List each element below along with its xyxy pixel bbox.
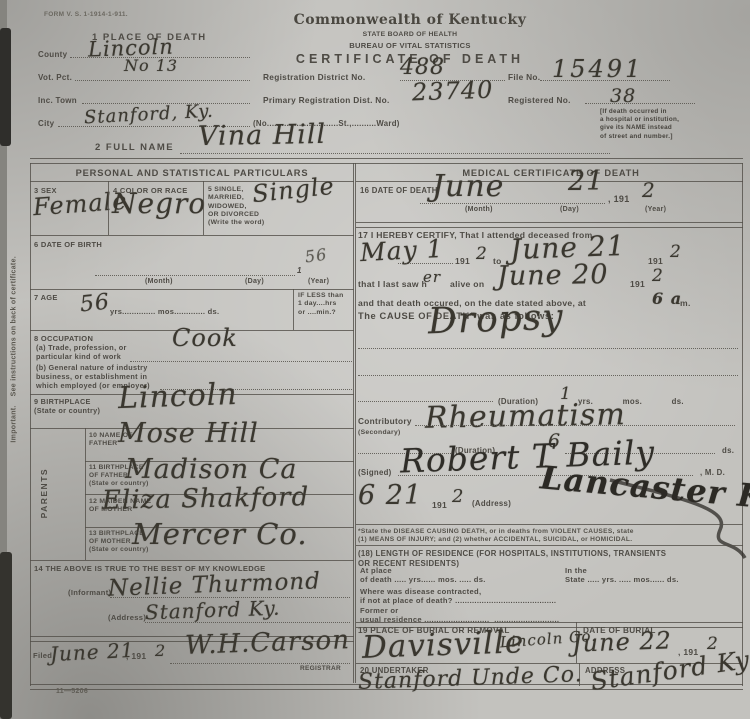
rule-age-sub — [293, 289, 294, 330]
registered-no-dots — [585, 102, 695, 104]
date-of-death-year-hand: 2 — [642, 180, 656, 200]
margin-note: Important. See instructions on back of c… — [11, 149, 20, 549]
vot-pct-value: No 13 — [124, 58, 178, 74]
signed-address-label: (Address) — [472, 499, 511, 509]
informant-address-label: (Address) — [108, 613, 146, 622]
certify-to-year-printed: 191 — [648, 256, 663, 266]
lastsaw-year-printed: 191 — [630, 279, 645, 289]
date-of-death-day: 21 — [568, 168, 604, 195]
dob-day-label: (Day) — [245, 278, 264, 287]
bureau-line: BUREAU OF VITAL STATISTICS — [240, 41, 580, 50]
occupation-a-dots — [130, 360, 352, 362]
rule-race-marital — [203, 181, 204, 235]
rule-dob-bottom — [30, 289, 354, 290]
full-name-dotted-line — [180, 152, 610, 154]
informant-address-value: Stanford Ky. — [145, 598, 281, 623]
city-label: City — [38, 119, 54, 129]
rule-medical-header — [356, 181, 743, 182]
father-birthplace-value: Madison Ca — [125, 456, 298, 483]
rule-top-divider — [30, 158, 743, 164]
informant-address-dots — [145, 621, 350, 623]
cause-dots-1 — [358, 347, 738, 349]
file-no-label: File No. — [508, 72, 540, 82]
file-no-value: 15491 — [552, 57, 643, 81]
secondary-label: (Secondary) — [358, 429, 401, 437]
violent-causes-footnote: *State the DISEASE CAUSING DEATH, or in … — [358, 528, 634, 544]
cause-value: Dropsy — [427, 300, 564, 341]
certify-from-year-hand: 2 — [476, 246, 488, 263]
binding-mark-bottom — [0, 552, 12, 719]
duration2-units: ds. — [722, 446, 734, 456]
age-value: 56 — [79, 291, 111, 316]
primary-registration-value: 23740 — [412, 78, 494, 105]
dod-day-label: (Day) — [560, 206, 579, 215]
father-name-value: Mose Hill — [118, 420, 259, 447]
dob-dotted-line — [95, 274, 295, 276]
residence-in-state: In the State ..... yrs. ..... mos...... … — [565, 566, 679, 585]
date-of-death-month: June — [432, 172, 504, 202]
registrar-dots — [170, 662, 350, 664]
occupation-value: Cook — [172, 326, 238, 350]
dob-year-printed: 1 — [297, 266, 302, 276]
inc-town-label: Inc. Town — [38, 96, 77, 106]
rule-footnote-bottom — [356, 545, 743, 546]
lastsaw-date: June 20 — [497, 261, 609, 290]
residence-contracted: Where was disease contracted, if not at … — [360, 587, 556, 606]
informant-label: (Informant) — [68, 588, 111, 597]
city-value: Stanford, Ky. — [84, 103, 215, 128]
primary-registration-label: Primary Registration Dist. No. — [263, 95, 390, 105]
date-of-death-label: 16 DATE OF DEATH — [360, 186, 438, 196]
residence-at-place: At place of death ..... yrs...... mos. .… — [360, 566, 486, 585]
filed-year-printed: , 191 — [126, 651, 146, 661]
rule-right-border — [742, 163, 743, 686]
medical-section-header: MEDICAL CERTIFICATE OF DEATH — [360, 168, 742, 179]
vot-pct-dotted-line — [75, 79, 250, 81]
burial-date-value: June 22 — [572, 628, 673, 655]
mother-birthplace-value: Mercer Co. — [132, 520, 308, 549]
lastsaw-hand: er — [423, 270, 441, 285]
form-number: FORM V. S. 1-1914-1-911. — [44, 11, 128, 19]
death-certificate-scan: Important. See instructions on back of c… — [0, 0, 750, 719]
certify-from-year-printed: 191 — [455, 256, 470, 266]
hospital-note: [If death occurred in a hospital or inst… — [600, 108, 679, 141]
dob-year-value: 56 — [304, 247, 328, 266]
occurred-m: m. — [680, 298, 691, 308]
county-label: County — [38, 50, 67, 60]
rule-left-border — [30, 163, 31, 686]
age-less-label: IF LESS than 1 day....hrs or ....min.? — [298, 292, 344, 317]
registrar-label: REGISTRAR — [300, 665, 341, 673]
rule-footnote-top — [356, 524, 743, 525]
contributory-label: Contributory — [358, 416, 412, 426]
rule-center-divider — [353, 163, 356, 683]
lastsaw-year-hand: 2 — [652, 268, 664, 285]
filed-date-value: June 21 — [50, 640, 135, 664]
vot-pct-label: Vot. Pct. — [38, 73, 72, 83]
full-name-value: Vina Hill — [198, 121, 327, 150]
certify-from-dots — [398, 262, 453, 264]
signed-date: 6 21 — [358, 482, 422, 509]
certify-to-year-hand: 2 — [670, 244, 682, 261]
cause-dots-2 — [358, 374, 738, 376]
parents-group-label: PARENTS — [39, 463, 49, 523]
full-name-label: 2 FULL NAME — [95, 142, 174, 154]
registration-district-label: Registration District No. — [263, 72, 365, 82]
signed-year-printed: 191 — [432, 500, 447, 510]
rule-dod-bottom — [356, 222, 743, 228]
age-units: yrs.............. mos............. ds. — [110, 307, 219, 316]
state-board-line: STATE BOARD OF HEALTH — [240, 31, 580, 39]
marital-value: Single — [251, 174, 336, 207]
birthplace-value: Lincoln — [118, 380, 239, 414]
contributory-dots — [415, 424, 735, 426]
lastsaw-post: alive on — [450, 279, 484, 289]
registrar-signature: W.H.Carson — [185, 627, 351, 659]
commonwealth-title: Commonwealth of Kentucky — [240, 12, 580, 28]
registered-no-label: Registered No. — [508, 95, 571, 105]
file-no-dots — [540, 79, 670, 81]
dob-year-label: (Year) — [308, 278, 329, 287]
registration-district-value: 488 — [400, 57, 445, 79]
age-label: 7 AGE — [34, 293, 58, 302]
birthplace-label: 9 BIRTHPLACE (State or country) — [34, 398, 100, 416]
mother-name-value: Eliza Shakford — [102, 484, 310, 514]
signature-flourish — [600, 470, 748, 560]
dod-year-label: (Year) — [645, 206, 666, 215]
rule-parents-bottom — [30, 560, 354, 561]
contributory-value: Rheumatism — [425, 400, 626, 434]
race-value: Negro — [112, 190, 206, 218]
occurred-time: 6 a — [652, 291, 682, 307]
date-of-death-year-printed: , 191 — [608, 194, 630, 205]
rule-row1-bottom — [30, 235, 354, 236]
dob-month-label: (Month) — [145, 278, 173, 287]
dod-month-label: (Month) — [465, 206, 493, 215]
occupation-a-label: (a) Trade, profession, or particular kin… — [36, 344, 127, 362]
occupation-label: 8 OCCUPATION — [34, 334, 93, 343]
signed-year-hand: 2 — [452, 488, 464, 506]
binding-mark-top — [0, 28, 11, 146]
filed-year-hand: 2 — [155, 643, 166, 659]
date-of-death-dots — [420, 202, 605, 204]
dob-label: 6 DATE OF BIRTH — [34, 240, 102, 249]
lastsaw-pre: that I last saw h — [358, 279, 427, 289]
signed-label: (Signed) — [358, 468, 392, 478]
print-code: 11—5206 — [56, 688, 88, 697]
rule-sex-race — [108, 181, 109, 235]
certify-from-value: May 1 — [359, 236, 444, 265]
